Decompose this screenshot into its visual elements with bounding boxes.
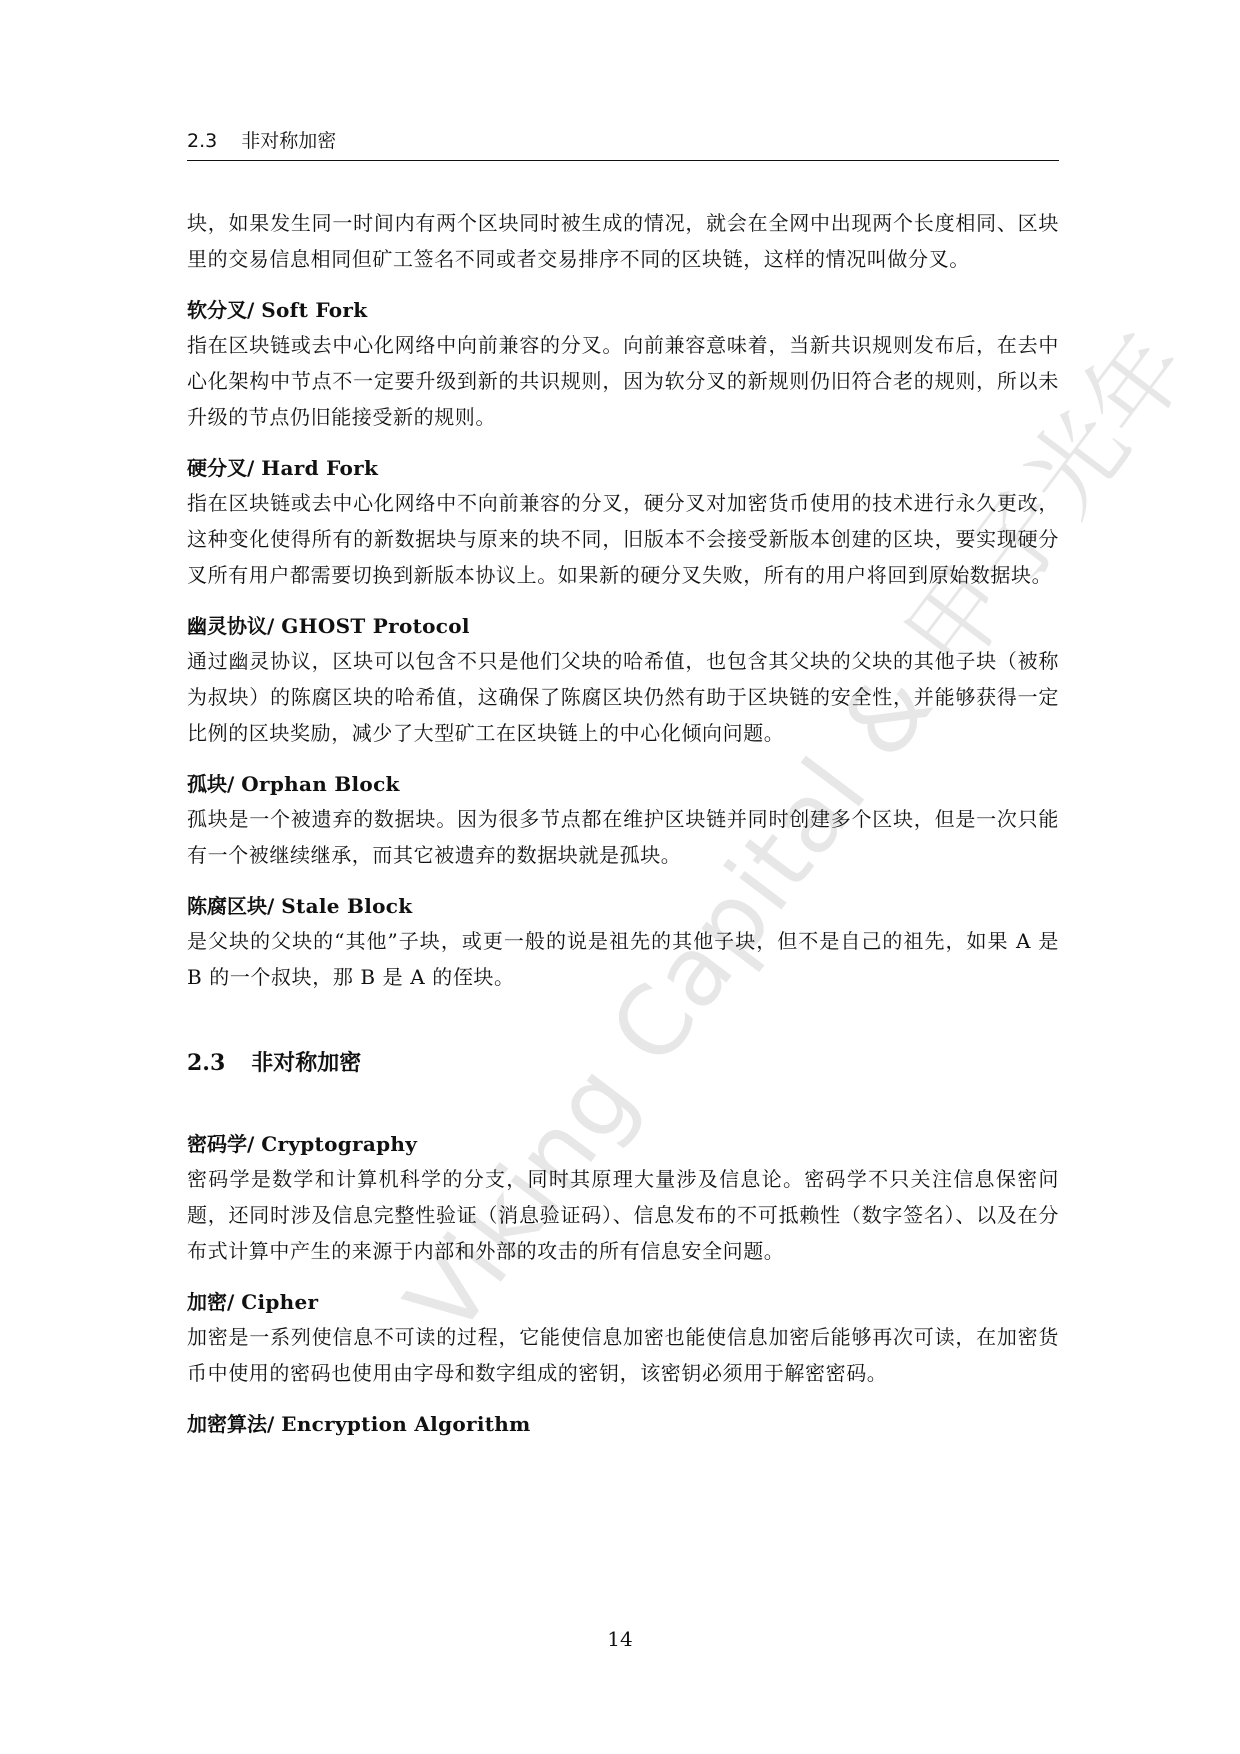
glossary-entry-cipher: 加密/ Cipher 加密是一系列使信息不可读的过程，它能使信息加密也能使信息加… xyxy=(187,1287,1059,1391)
term-cn: 软分叉/ xyxy=(187,298,254,322)
term-cn: 陈腐区块/ xyxy=(187,894,274,918)
header-section-number: 2.3 xyxy=(187,130,217,152)
glossary-entry-soft-fork: 软分叉/ Soft Fork 指在区块链或去中心化网络中向前兼容的分叉。向前兼容… xyxy=(187,295,1059,435)
intro-paragraph: 块，如果发生同一时间内有两个区块同时被生成的情况，就会在全网中出现两个长度相同、… xyxy=(187,205,1059,277)
term-en: Cryptography xyxy=(261,1132,417,1156)
term-heading: 孤块/ Orphan Block xyxy=(187,769,1059,799)
term-en: Orphan Block xyxy=(241,772,399,796)
term-heading: 陈腐区块/ Stale Block xyxy=(187,891,1059,921)
term-heading: 加密算法/ Encryption Algorithm xyxy=(187,1409,1059,1439)
term-heading: 软分叉/ Soft Fork xyxy=(187,295,1059,325)
term-en: GHOST Protocol xyxy=(281,614,470,638)
glossary-entry-orphan-block: 孤块/ Orphan Block 孤块是一个被遗弃的数据块。因为很多节点都在维护… xyxy=(187,769,1059,873)
term-heading: 硬分叉/ Hard Fork xyxy=(187,453,1059,483)
term-en: Soft Fork xyxy=(261,298,367,322)
term-cn: 加密/ xyxy=(187,1290,234,1314)
term-en: Cipher xyxy=(241,1290,318,1314)
term-definition: 通过幽灵协议，区块可以包含不只是他们父块的哈希值，也包含其父块的父块的其他子块（… xyxy=(187,643,1059,751)
page-number: 14 xyxy=(0,1627,1240,1651)
term-en: Hard Fork xyxy=(261,456,378,480)
term-cn: 硬分叉/ xyxy=(187,456,254,480)
term-cn: 密码学/ xyxy=(187,1132,254,1156)
term-definition: 指在区块链或去中心化网络中向前兼容的分叉。向前兼容意味着，当新共识规则发布后，在… xyxy=(187,327,1059,435)
glossary-entry-stale-block: 陈腐区块/ Stale Block 是父块的父块的“其他”子块，或更一般的说是祖… xyxy=(187,891,1059,995)
glossary-entry-ghost-protocol: 幽灵协议/ GHOST Protocol 通过幽灵协议，区块可以包含不只是他们父… xyxy=(187,611,1059,751)
section-heading: 2.3非对称加密 xyxy=(187,1045,1059,1081)
section-spacer xyxy=(187,1081,1059,1111)
glossary-entry-cryptography: 密码学/ Cryptography 密码学是数学和计算机科学的分支，同时其原理大… xyxy=(187,1129,1059,1269)
glossary-entry-encryption-algorithm: 加密算法/ Encryption Algorithm xyxy=(187,1409,1059,1439)
term-cn: 孤块/ xyxy=(187,772,234,796)
term-definition: 孤块是一个被遗弃的数据块。因为很多节点都在维护区块链并同时创建多个区块，但是一次… xyxy=(187,801,1059,873)
term-definition: 是父块的父块的“其他”子块，或更一般的说是祖先的其他子块，但不是自己的祖先，如果… xyxy=(187,923,1059,995)
glossary-entry-hard-fork: 硬分叉/ Hard Fork 指在区块链或去中心化网络中不向前兼容的分叉，硬分叉… xyxy=(187,453,1059,593)
term-definition: 指在区块链或去中心化网络中不向前兼容的分叉，硬分叉对加密货币使用的技术进行永久更… xyxy=(187,485,1059,593)
running-header: 2.3 非对称加密 xyxy=(187,128,1059,161)
term-definition: 密码学是数学和计算机科学的分支，同时其原理大量涉及信息论。密码学不只关注信息保密… xyxy=(187,1161,1059,1269)
section-title: 非对称加密 xyxy=(251,1050,361,1076)
term-definition: 加密是一系列使信息不可读的过程，它能使信息加密也能使信息加密后能够再次可读，在加… xyxy=(187,1319,1059,1391)
term-cn: 加密算法/ xyxy=(187,1412,274,1436)
term-en: Stale Block xyxy=(281,894,412,918)
term-cn: 幽灵协议/ xyxy=(187,614,274,638)
section-number: 2.3 xyxy=(187,1050,225,1076)
term-heading: 加密/ Cipher xyxy=(187,1287,1059,1317)
header-section-title: 非对称加密 xyxy=(241,130,336,152)
term-heading: 密码学/ Cryptography xyxy=(187,1129,1059,1159)
page-content: 块，如果发生同一时间内有两个区块同时被生成的情况，就会在全网中出现两个长度相同、… xyxy=(187,205,1059,1439)
term-en: Encryption Algorithm xyxy=(281,1412,530,1436)
term-heading: 幽灵协议/ GHOST Protocol xyxy=(187,611,1059,641)
